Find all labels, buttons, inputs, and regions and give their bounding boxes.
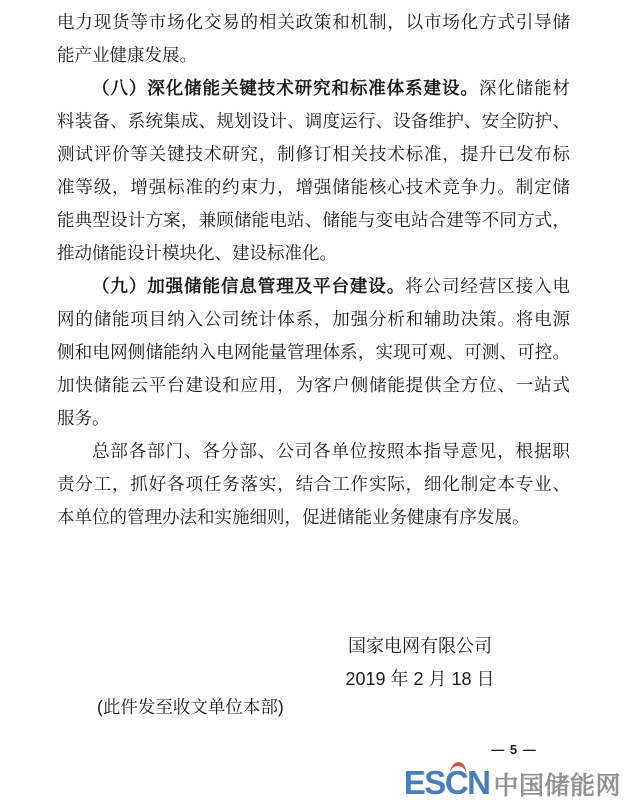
text-segment: 深化储能材: [479, 78, 570, 98]
text-line: 料装备、系统集成、规划设计、调度运行、设备维护、安全防护、: [57, 105, 570, 138]
document-body: 电力现货等市场化交易的相关政策和机制，以市场化方式引导储能产业健康发展。（八）深…: [57, 6, 570, 534]
document-page: 电力现货等市场化交易的相关政策和机制，以市场化方式引导储能产业健康发展。（八）深…: [0, 0, 627, 800]
text-line: 侧和电网侧储能纳入电网能量管理体系，实现可观、可测、可控。: [57, 336, 570, 369]
text-segment: 料装备、系统集成、规划设计、调度运行、设备维护、安全防护、: [57, 111, 570, 131]
signature-org: 国家电网有限公司: [295, 630, 545, 663]
text-line: 准等级，增强标准的约束力，增强储能核心技术竞争力。制定储: [57, 171, 570, 204]
text-line: 总部各部门、各分部、公司各单位按照本指导意见，根据职: [57, 435, 570, 468]
text-line: 推动储能设计模块化、建设标准化。: [57, 237, 570, 270]
text-line: 电力现货等市场化交易的相关政策和机制，以市场化方式引导储: [57, 6, 570, 39]
text-segment: 责分工，抓好各项任务落实，结合工作实际，细化制定本专业、: [57, 474, 570, 494]
text-segment: 网的储能项目纳入公司统计体系，加强分析和辅助决策。将电源: [57, 309, 570, 329]
text-line: 网的储能项目纳入公司统计体系，加强分析和辅助决策。将电源: [57, 303, 570, 336]
text-line: 能典型设计方案，兼顾储能电站、储能与变电站合建等不同方式，: [57, 204, 570, 237]
bold-heading-segment: （九）加强储能信息管理及平台建设。: [92, 276, 405, 296]
text-segment: 电力现货等市场化交易的相关政策和机制，以市场化方式引导储: [57, 12, 570, 32]
text-segment: 推动储能设计模块化、建设标准化。: [57, 243, 337, 263]
text-line: 本单位的管理办法和实施细则，促进储能业务健康有序发展。: [57, 501, 570, 534]
escn-logo-text: ESCN: [404, 766, 490, 799]
text-line: 能产业健康发展。: [57, 39, 570, 72]
text-line: 加快储能云平台建设和应用，为客户侧储能提供全方位、一站式: [57, 369, 570, 402]
text-segment: 服务。: [57, 408, 110, 428]
text-line: （九）加强储能信息管理及平台建设。将公司经营区接入电: [57, 270, 570, 303]
text-segment: 测试评价等关键技术研究，制修订相关技术标准，提升已发布标: [57, 144, 570, 164]
text-segment: 加快储能云平台建设和应用，为客户侧储能提供全方位、一站式: [57, 375, 570, 395]
text-line: 服务。: [57, 402, 570, 435]
text-segment: 本单位的管理办法和实施细则，促进储能业务健康有序发展。: [57, 507, 530, 527]
text-segment: 总部各部门、各分部、公司各单位按照本指导意见，根据职: [92, 441, 570, 461]
text-segment: 准等级，增强标准的约束力，增强储能核心技术竞争力。制定储: [57, 177, 570, 197]
page-number: — 5 —: [478, 742, 550, 757]
text-segment: 能典型设计方案，兼顾储能电站、储能与变电站合建等不同方式，: [57, 210, 570, 230]
text-segment: 侧和电网侧储能纳入电网能量管理体系，实现可观、可测、可控。: [57, 342, 570, 362]
text-line: 责分工，抓好各项任务落实，结合工作实际，细化制定本专业、: [57, 468, 570, 501]
watermark-site-name: 中国储能网: [493, 773, 621, 799]
distribution-note: (此件发至收文单位本部): [97, 693, 284, 721]
bold-heading-segment: （八）深化储能关键技术研究和标准体系建设。: [92, 78, 479, 98]
signature-block: 国家电网有限公司 2019 年 2 月 18 日: [295, 630, 545, 696]
text-line: 测试评价等关键技术研究，制修订相关技术标准，提升已发布标: [57, 138, 570, 171]
signature-date: 2019 年 2 月 18 日: [295, 663, 545, 696]
text-segment: 能产业健康发展。: [57, 45, 197, 65]
text-line: （八）深化储能关键技术研究和标准体系建设。深化储能材: [57, 72, 570, 105]
watermark: ESCN 中国储能网: [404, 766, 621, 799]
text-segment: 将公司经营区接入电: [405, 276, 570, 296]
